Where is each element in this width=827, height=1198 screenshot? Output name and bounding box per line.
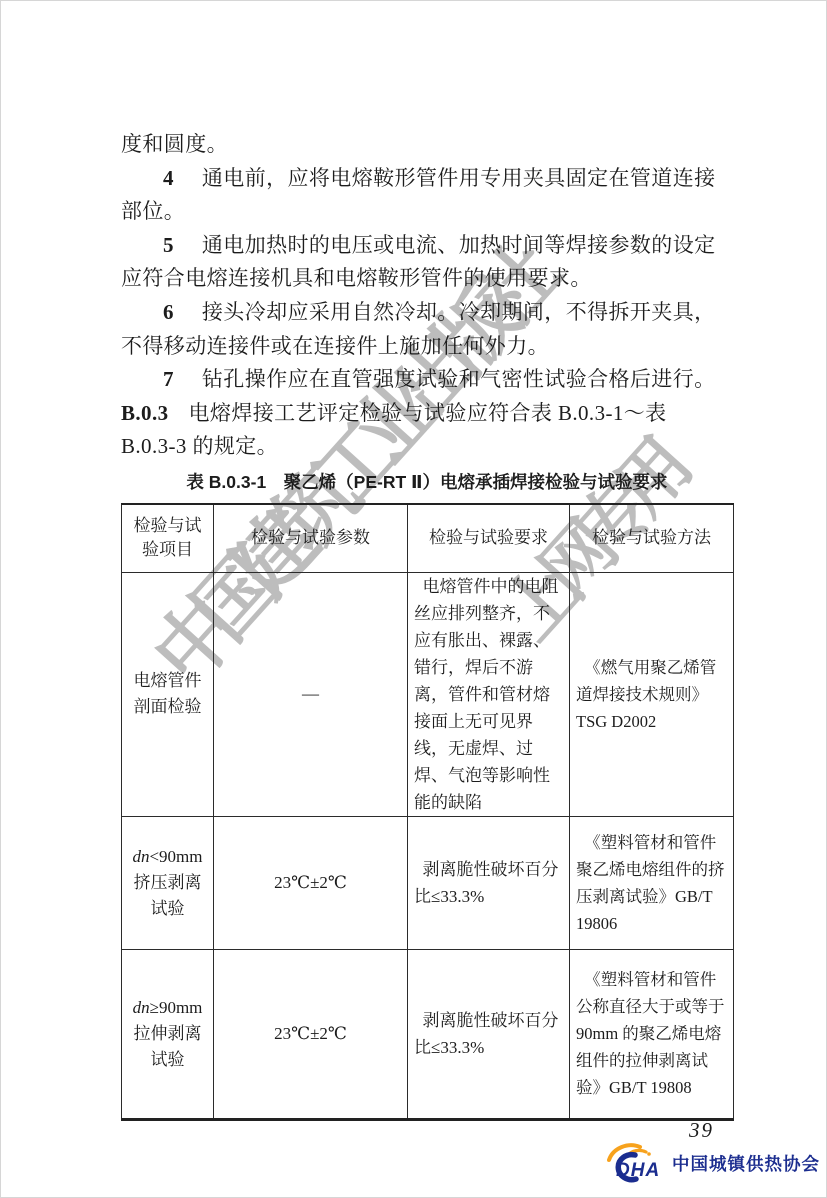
cell-requirement: 剥离脆性破坏百分比≤33.3% [408,949,570,1119]
col-header-item: 检验与试验项目 [122,504,214,572]
cell-param: 23℃±2℃ [214,949,408,1119]
clause-text: 电熔焊接工艺评定检验与试验应符合表 B.0.3-1～表 [189,401,667,425]
table-caption: 表 B.0.3-1 聚乙烯（PE-RT Ⅱ）电熔承插焊接检验与试验要求 [121,469,733,494]
cell-method: 《塑料管材和管件 聚乙烯电熔组件的挤压剥离试验》GB/T 19806 [570,816,734,949]
body-text: 度和圆度。 4通电前，应将电熔鞍形管件用专用夹具固定在管道连接 部位。 5通电加… [121,128,715,464]
paragraph-5-line-1: 5通电加热时的电压或电流、加热时间等焊接参数的设定 [121,229,715,263]
cell-method: 《燃气用聚乙烯管道焊接技术规则》TSG D2002 [570,572,734,816]
item-size: dn<90mm [128,844,207,870]
paragraph-7-line-1: 7钻孔操作应在直管强度试验和气密性试验合格后进行。 [121,363,715,397]
paragraph-6-line-2: 不得移动连接件或在连接件上施加任何外力。 [121,330,715,364]
col-header-method: 检验与试验方法 [570,504,734,572]
dha-logo-icon: DHA [602,1142,664,1184]
paragraph-text: 钻孔操作应在直管强度试验和气密性试验合格后进行。 [202,367,716,391]
cell-requirement: 电熔管件中的电阻丝应排列整齐，不应有胀出、裸露、错行，焊后不游离，管件和管材熔接… [408,572,570,816]
item-size: dn≥90mm [128,995,207,1021]
clause-b03-line-2: B.0.3-3 的规定。 [121,430,715,464]
org-name: 中国城镇供热协会 [672,1151,820,1176]
cell-item: dn<90mm 挤压剥离试验 [122,816,214,949]
paragraph-4-line-1: 4通电前，应将电熔鞍形管件用专用夹具固定在管道连接 [121,162,715,196]
item-number: 5 [163,233,174,257]
dha-acronym: DHA [616,1160,660,1181]
table-row: dn≥90mm 拉伸剥离试验 23℃±2℃ 剥离脆性破坏百分比≤33.3% 《塑… [122,949,734,1119]
document-page: 中国建筑工业出版社 上网专用 度和圆度。 4通电前，应将电熔鞍形管件用专用夹具固… [0,0,827,1198]
paragraph-6-line-1: 6接头冷却应采用自然冷却。冷却期间，不得拆开夹具， [121,296,715,330]
item-name: 挤压剥离试验 [128,870,207,922]
clause-number: B.0.3 [121,401,169,425]
inspection-table: 检验与试验项目 检验与试验参数 检验与试验要求 检验与试验方法 电熔管件剖面检验… [121,503,734,1121]
item-number: 4 [163,166,174,190]
association-logo: DHA 中国城镇供热协会 [602,1142,820,1184]
table-row: dn<90mm 挤压剥离试验 23℃±2℃ 剥离脆性破坏百分比≤33.3% 《塑… [122,816,734,949]
cell-item: 电熔管件剖面检验 [122,572,214,816]
dn-symbol: dn [133,998,150,1017]
item-number: 6 [163,300,174,324]
paragraph-text: 接头冷却应采用自然冷却。冷却期间，不得拆开夹具， [202,300,716,324]
paragraph-4-line-2: 部位。 [121,195,715,229]
paragraph-text: 通电前，应将电熔鞍形管件用专用夹具固定在管道连接 [202,166,716,190]
item-name: 拉伸剥离试验 [128,1021,207,1073]
cell-item: dn≥90mm 拉伸剥离试验 [122,949,214,1119]
cell-param: 23℃±2℃ [214,816,408,949]
col-header-param: 检验与试验参数 [214,504,408,572]
dn-symbol: dn [132,847,149,866]
page-number: 39 [689,1118,714,1143]
table-row: 电熔管件剖面检验 — 电熔管件中的电阻丝应排列整齐，不应有胀出、裸露、错行，焊后… [122,572,734,816]
table-header-row: 检验与试验项目 检验与试验参数 检验与试验要求 检验与试验方法 [122,504,734,572]
paragraph-5-line-2: 应符合电熔连接机具和电熔鞍形管件的使用要求。 [121,262,715,296]
cell-requirement: 剥离脆性破坏百分比≤33.3% [408,816,570,949]
col-header-requirement: 检验与试验要求 [408,504,570,572]
paragraph-line: 度和圆度。 [121,128,715,162]
cell-param: — [214,572,408,816]
cell-method: 《塑料管材和管件 公称直径大于或等于 90mm 的聚乙烯电熔组件的拉伸剥离试验》… [570,949,734,1119]
clause-b03-line-1: B.0.3电熔焊接工艺评定检验与试验应符合表 B.0.3-1～表 [121,397,715,431]
paragraph-text: 通电加热时的电压或电流、加热时间等焊接参数的设定 [202,233,716,257]
item-number: 7 [163,367,174,391]
